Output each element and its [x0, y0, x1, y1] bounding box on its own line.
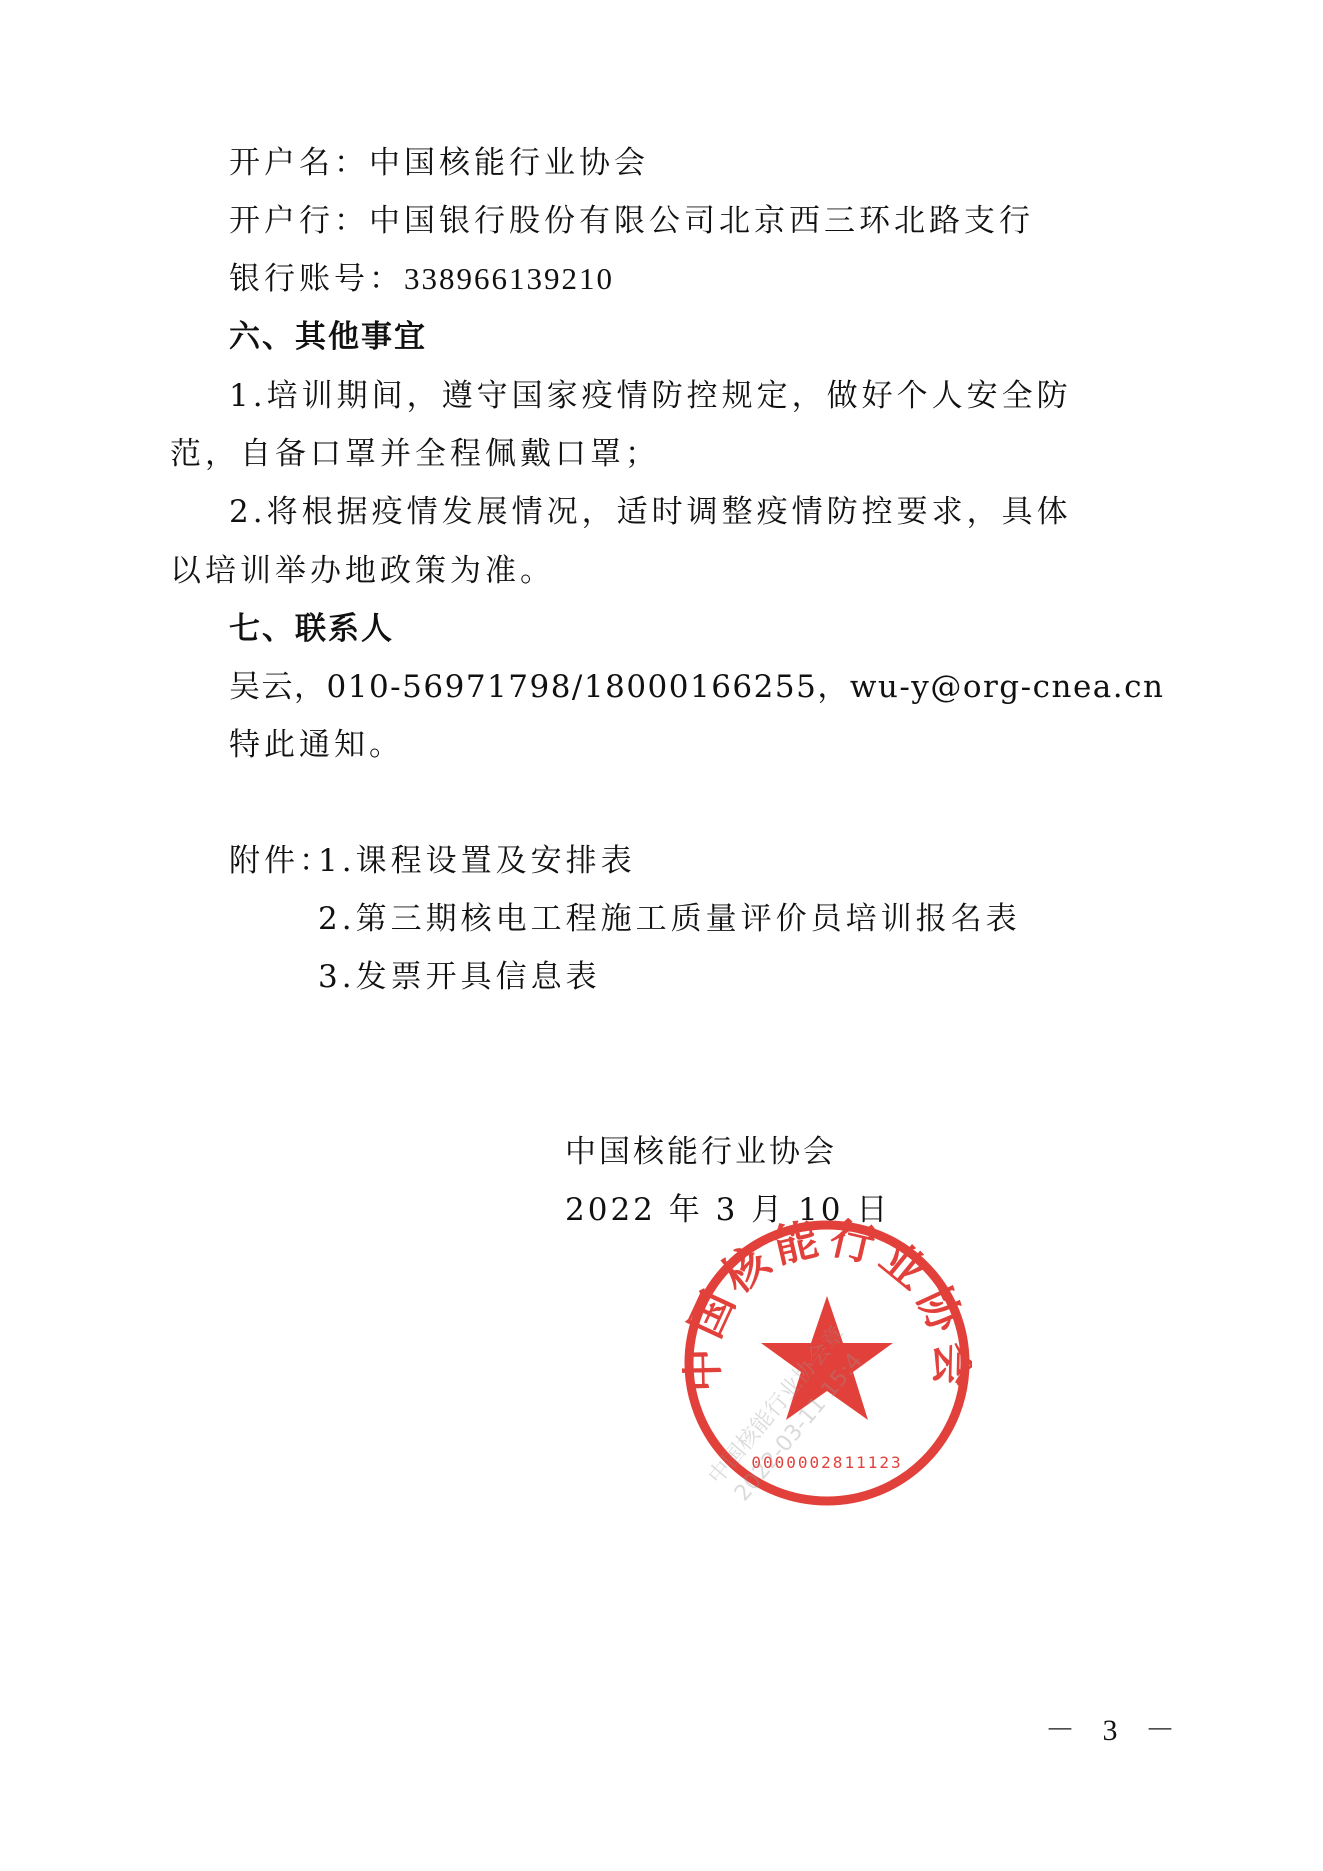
- account-name-value: 中国核能行业协会: [369, 145, 649, 181]
- account-name-label: 开户名：: [229, 145, 369, 181]
- attachment-item-1: 1.课程设置及安排表: [318, 841, 636, 881]
- official-seal: 中国核能行业协会 0000002811123: [682, 1218, 972, 1508]
- account-name-line: 开户名：中国核能行业协会: [229, 143, 649, 183]
- section-6-item-1-line-2: 范，自备口罩并全程佩戴口罩；: [170, 434, 660, 474]
- account-number-label: 银行账号：: [229, 261, 404, 297]
- section-6-item-2-line-2: 以培训举办地政策为准。: [170, 551, 555, 591]
- seal-serial: 0000002811123: [751, 1453, 902, 1472]
- section-6-item-1-line-1: 1.培训期间，遵守国家疫情防控规定，做好个人安全防: [229, 376, 1072, 416]
- signature-date: 2022 年 3 月 10 日: [565, 1190, 890, 1230]
- contact-line: 吴云，010-56971798/18000166255，wu-y@org-cne…: [229, 667, 1164, 707]
- account-bank-line: 开户行：中国银行股份有限公司北京西三环北路支行: [229, 201, 1034, 241]
- attachment-item-3: 3.发票开具信息表: [318, 957, 601, 997]
- account-number-line: 银行账号：338966139210: [229, 259, 614, 299]
- section-7-heading: 七、联系人: [229, 609, 394, 649]
- page-number: － 3 －: [1045, 1705, 1185, 1749]
- seal-stamp-icon: 中国核能行业协会 0000002811123: [682, 1218, 972, 1508]
- attachment-item-2: 2.第三期核电工程施工质量评价员培训报名表: [318, 899, 1021, 939]
- account-bank-value: 中国银行股份有限公司北京西三环北路支行: [369, 203, 1034, 239]
- section-6-item-2-line-1: 2.将根据疫情发展情况，适时调整疫情防控要求，具体: [229, 492, 1072, 532]
- account-number-value: 338966139210: [404, 261, 614, 296]
- signature-organization: 中国核能行业协会: [565, 1132, 837, 1172]
- account-bank-label: 开户行：: [229, 203, 369, 239]
- closing-line: 特此通知。: [229, 725, 404, 765]
- section-6-heading: 六、其他事宜: [229, 317, 427, 357]
